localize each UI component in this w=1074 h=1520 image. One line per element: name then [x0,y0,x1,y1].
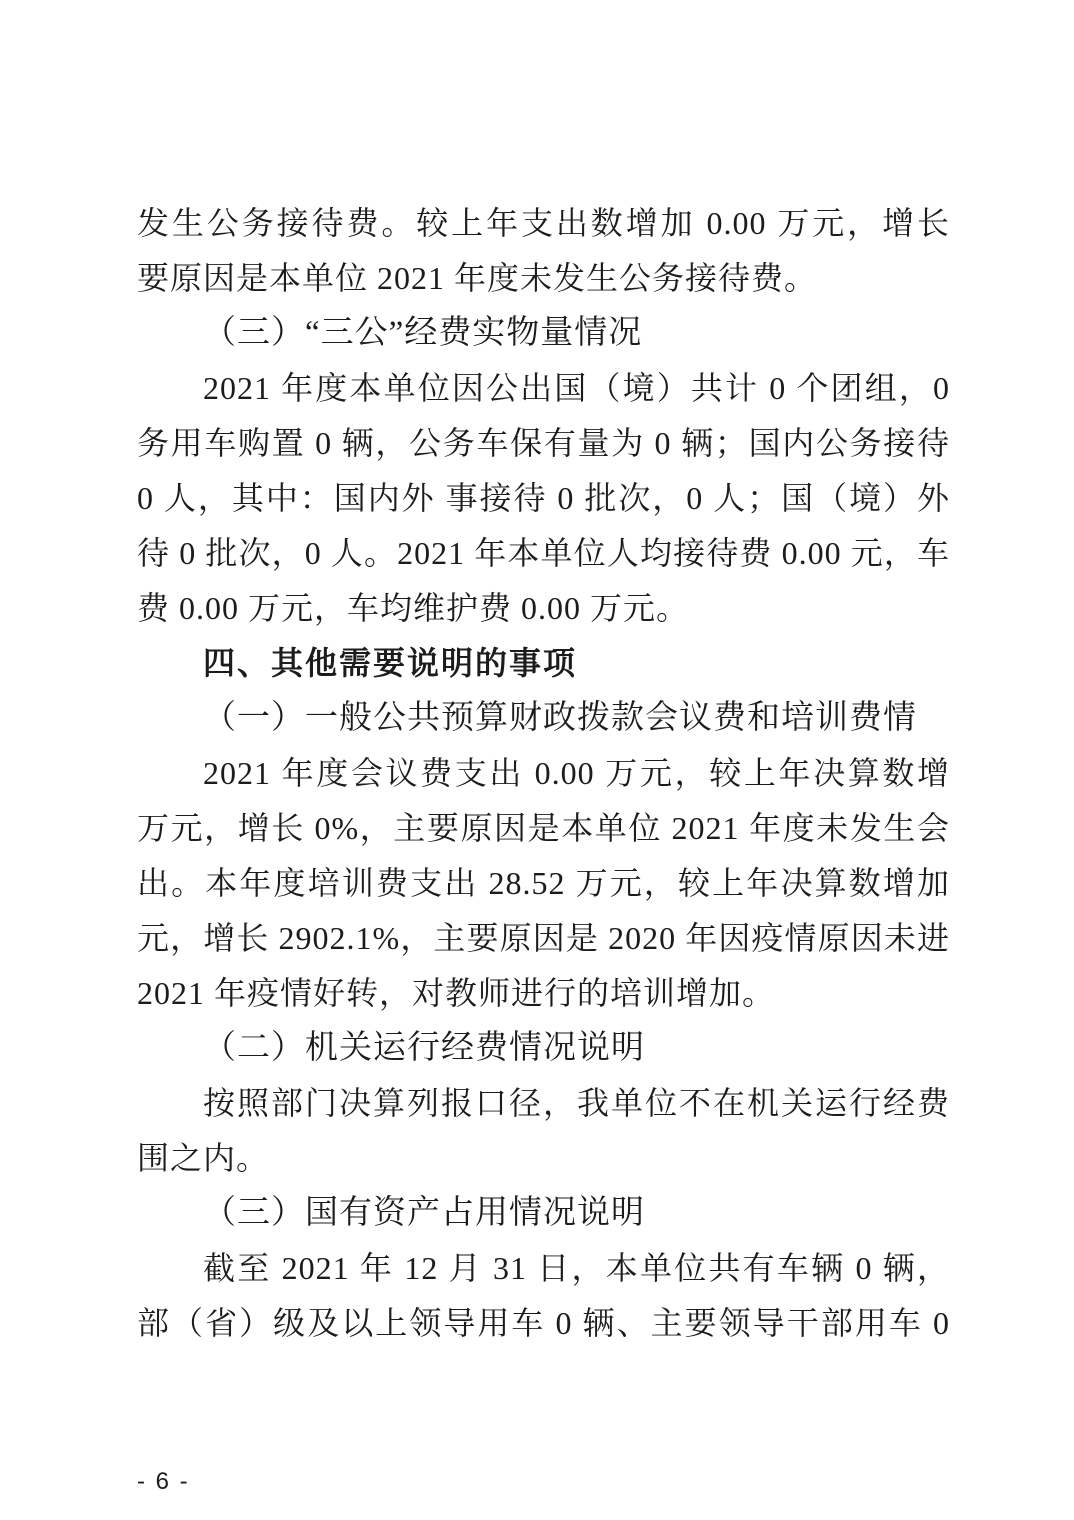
subheading-state-assets-occupancy: （三）国有资产占用情况说明 [137,1186,950,1241]
document-text-block: 发生公务接待费。较上年支出数增加 0.00 万元，增长 0%，主 要原因是本单位… [137,196,950,1351]
page-number: - 6 - [137,1468,190,1496]
subheading-meeting-training-fees: （一）一般公共预算财政拨款会议费和培训费情况说明。 [137,691,950,746]
subheading-sangong-physical-volume: （三）“三公”经费实物量情况 [137,306,950,361]
paragraph-line: 0 人，其中：国内外 事接待 0 批次，0 人；国（境）外公务接 [137,471,950,526]
paragraph-line: 2021 年疫情好转，对教师进行的培训增加。 [137,966,950,1021]
paragraph-line: 出。本年度培训费支出 28.52 万元，较上年决算数增加 27.57 万 [137,856,950,911]
paragraph-line: 2021 年度本单位因公出国（境）共计 0 个团组，0 人；公 [137,361,950,416]
paragraph-line: 截至 2021 年 12 月 31 日，本单位共有车辆 0 辆，其中，副 [137,1241,950,1296]
document-page: 发生公务接待费。较上年支出数增加 0.00 万元，增长 0%，主 要原因是本单位… [0,0,1074,1520]
paragraph-line: 部（省）级及以上领导用车 0 辆、主要领导干部用车 0 辆、机 [137,1296,950,1351]
paragraph-line: 按照部门决算列报口径，我单位不在机关运行经费统计范 [137,1076,950,1131]
paragraph-line: 围之内。 [137,1131,950,1186]
paragraph-line: 元，增长 2902.1%，主要原因是 2020 年因疫情原因未进行培训， [137,911,950,966]
paragraph-line: 2021 年度会议费支出 0.00 万元，较上年决算数增加 0.00 [137,746,950,801]
paragraph-line: 发生公务接待费。较上年支出数增加 0.00 万元，增长 0%，主 [137,196,950,251]
paragraph-line: 万元，增长 0%，主要原因是本单位 2021 年度未发生会议费支 [137,801,950,856]
paragraph-line: 要原因是本单位 2021 年度未发生公务接待费。 [137,251,950,306]
paragraph-line: 待 0 批次，0 人。2021 年本单位人均接待费 0.00 元，车均购置 [137,526,950,581]
paragraph-line: 务用车购置 0 辆，公务车保有量为 0 辆；国内公务接待 0 批次 [137,416,950,471]
heading-other-items: 四、其他需要说明的事项 [137,636,950,691]
subheading-agency-operating-funds: （二）机关运行经费情况说明 [137,1021,950,1076]
paragraph-line: 费 0.00 万元，车均维护费 0.00 万元。 [137,581,950,636]
